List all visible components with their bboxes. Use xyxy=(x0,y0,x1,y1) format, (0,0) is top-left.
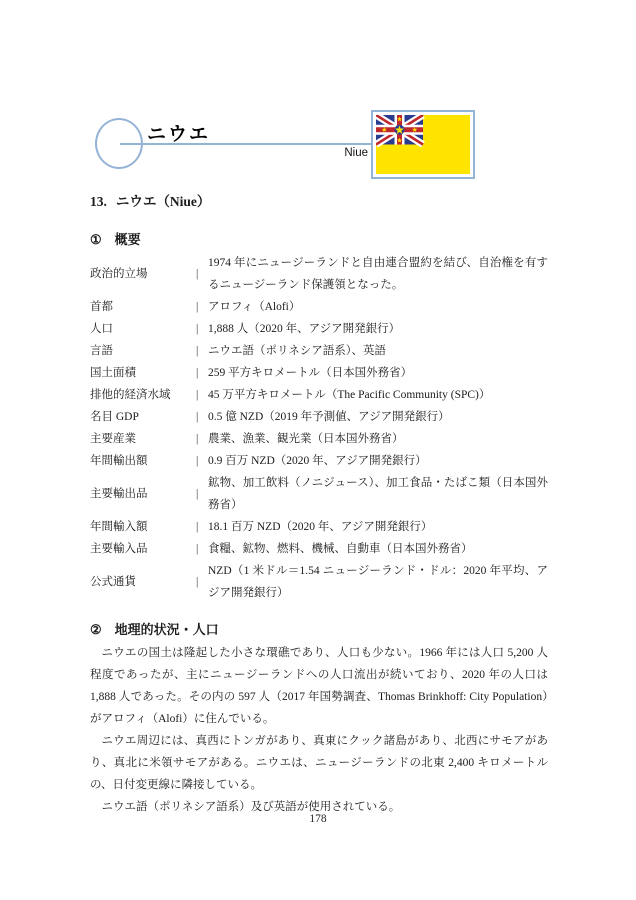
row-label: 年間輸出額 xyxy=(90,450,196,472)
row-separator: | xyxy=(196,516,208,538)
row-label: 首都 xyxy=(90,296,196,318)
row-value: NZD（1 米ドル＝1.54 ニュージーランド・ドル：2020 年平均、アジア開… xyxy=(208,560,548,604)
row-value: 1,888 人（2020 年、アジア開発銀行） xyxy=(208,318,548,340)
row-land-area: 国土面積 | 259 平方キロメートル（日本国外務省） xyxy=(90,362,548,384)
doc-title-number: 13. xyxy=(90,194,107,209)
row-separator: | xyxy=(196,263,208,285)
row-separator: | xyxy=(196,450,208,472)
row-label: 主要輸入品 xyxy=(90,538,196,560)
row-label: 主要輸出品 xyxy=(90,483,196,505)
row-eez: 排他的経済水域 | 45 万平方キロメートル（The Pacific Commu… xyxy=(90,384,548,406)
row-annual-imports: 年間輸入額 | 18.1 百万 NZD（2020 年、アジア開発銀行） xyxy=(90,516,548,538)
doc-title-text: ニウエ（Niue） xyxy=(116,194,211,209)
row-political-status: 政治的立場 | 1974 年にニュージーランドと自由連合盟約を結び、自治権を有す… xyxy=(90,252,548,296)
row-label: 公式通貨 xyxy=(90,571,196,593)
row-separator: | xyxy=(196,340,208,362)
overview-table: 政治的立場 | 1974 年にニュージーランドと自由連合盟約を結び、自治権を有す… xyxy=(90,252,548,604)
row-label: 政治的立場 xyxy=(90,263,196,285)
doc-title: 13.ニウエ（Niue） xyxy=(90,193,548,211)
country-header-title: ニウエ xyxy=(147,119,210,146)
row-value: 1974 年にニュージーランドと自由連合盟約を結び、自治権を有するニュージーラン… xyxy=(208,252,548,296)
row-main-industries: 主要産業 | 農業、漁業、観光業（日本国外務省） xyxy=(90,428,548,450)
row-value: ニウエ語（ポリネシア語系）、英語 xyxy=(208,340,548,362)
row-value: 45 万平方キロメートル（The Pacific Community (SPC)… xyxy=(208,384,548,406)
geography-section: ニウエの国土は隆起した小さな環礁であり、人口も少ない。1966 年には人口 5,… xyxy=(90,642,548,818)
row-value: 農業、漁業、観光業（日本国外務省） xyxy=(208,428,548,450)
row-separator: | xyxy=(196,296,208,318)
row-language: 言語 | ニウエ語（ポリネシア語系）、英語 xyxy=(90,340,548,362)
row-capital: 首都 | アロフィ（Alofi） xyxy=(90,296,548,318)
row-annual-exports: 年間輸出額 | 0.9 百万 NZD（2020 年、アジア開発銀行） xyxy=(90,450,548,472)
row-value: 259 平方キロメートル（日本国外務省） xyxy=(208,362,548,384)
overview-heading-marker: ① xyxy=(90,232,102,247)
row-separator: | xyxy=(196,406,208,428)
niue-flag-icon xyxy=(376,115,470,174)
row-label: 国土面積 xyxy=(90,362,196,384)
flag-caption: Niue xyxy=(290,147,368,159)
row-label: 年間輸入額 xyxy=(90,516,196,538)
flag-frame xyxy=(371,110,475,179)
row-separator: | xyxy=(196,538,208,560)
row-value: 食糧、鉱物、燃料、機械、自動車（日本国外務省） xyxy=(208,538,548,560)
geography-paragraph: ニウエ周辺には、真西にトンガがあり、真東にクック諸島があり、北西にサモアがあり、… xyxy=(90,730,548,796)
row-label: 名目 GDP xyxy=(90,406,196,428)
document-page: ニウエ Niue 13.ニウエ（Niue） xyxy=(0,0,636,900)
row-label: 排他的経済水域 xyxy=(90,384,196,406)
row-value: 0.9 百万 NZD（2020 年、アジア開発銀行） xyxy=(208,450,548,472)
row-label: 主要産業 xyxy=(90,428,196,450)
row-value: 鉱物、加工飲料（ノニジュース）、加工食品・たばこ類（日本国外務省） xyxy=(208,472,548,516)
row-separator: | xyxy=(196,571,208,593)
overview-heading-label: 概要 xyxy=(115,232,141,247)
geography-heading-marker: ② xyxy=(90,622,102,637)
row-nominal-gdp: 名目 GDP | 0.5 億 NZD（2019 年予測値、アジア開発銀行） xyxy=(90,406,548,428)
row-separator: | xyxy=(196,318,208,340)
row-main-import-goods: 主要輸入品 | 食糧、鉱物、燃料、機械、自動車（日本国外務省） xyxy=(90,538,548,560)
row-label: 言語 xyxy=(90,340,196,362)
overview-heading: ①概要 xyxy=(90,230,548,250)
row-separator: | xyxy=(196,362,208,384)
row-label: 人口 xyxy=(90,318,196,340)
row-population: 人口 | 1,888 人（2020 年、アジア開発銀行） xyxy=(90,318,548,340)
row-main-export-goods: 主要輸出品 | 鉱物、加工飲料（ノニジュース）、加工食品・たばこ類（日本国外務省… xyxy=(90,472,548,516)
row-value: 0.5 億 NZD（2019 年予測値、アジア開発銀行） xyxy=(208,406,548,428)
geography-heading: ②地理的状況・人口 xyxy=(90,620,548,640)
main-content: 13.ニウエ（Niue） ①概要 政治的立場 | 1974 年にニュージーランド… xyxy=(90,193,548,818)
geography-paragraph: ニウエの国土は隆起した小さな環礁であり、人口も少ない。1966 年には人口 5,… xyxy=(90,642,548,730)
row-value: アロフィ（Alofi） xyxy=(208,296,548,318)
row-separator: | xyxy=(196,428,208,450)
row-separator: | xyxy=(196,384,208,406)
page-number: 178 xyxy=(0,813,636,825)
row-value: 18.1 百万 NZD（2020 年、アジア開発銀行） xyxy=(208,516,548,538)
row-separator: | xyxy=(196,483,208,505)
geography-heading-label: 地理的状況・人口 xyxy=(115,622,219,637)
row-official-currency: 公式通貨 | NZD（1 米ドル＝1.54 ニュージーランド・ドル：2020 年… xyxy=(90,560,548,604)
